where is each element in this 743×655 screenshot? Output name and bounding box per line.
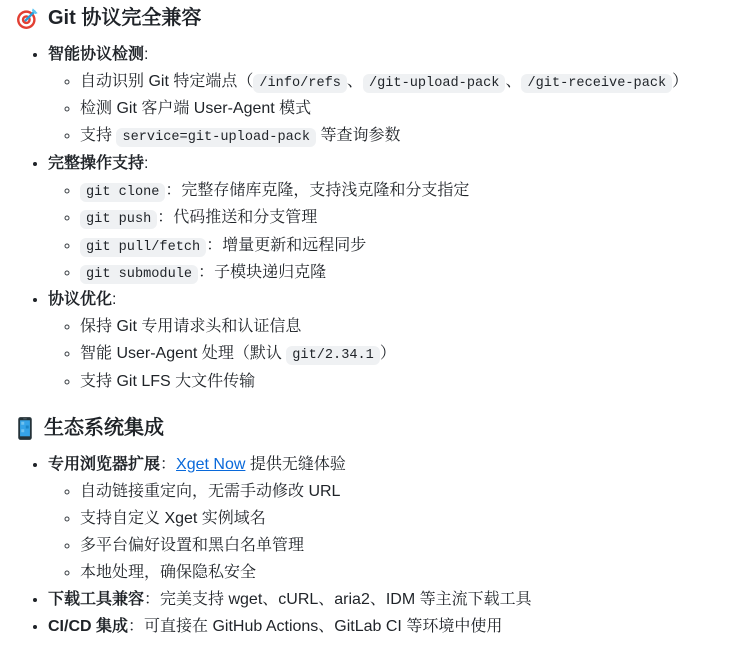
bullet-list: 智能协议检测:自动识别 Git 特定端点（/info/refs、/git-upl… [16, 43, 727, 394]
list-item: 智能协议检测:自动识别 Git 特定端点（/info/refs、/git-upl… [48, 43, 727, 149]
inline-code: git/2.34.1 [286, 346, 380, 365]
bullet-list: 专用浏览器扩展：Xget Now 提供无缝体验自动链接重定向，无需手动修改 UR… [16, 453, 727, 639]
target-icon [16, 8, 38, 30]
section-title-text: Git 协议完全兼容 [48, 6, 201, 31]
bold-label: 下载工具兼容 [48, 591, 144, 608]
section-title: Git 协议完全兼容 [16, 6, 727, 31]
list-item: 完整操作支持:git clone：完整存储库克隆，支持浅克隆和分支指定git p… [48, 152, 727, 286]
bold-label: 专用浏览器扩展 [48, 456, 160, 473]
list-item: git submodule：子模块递归克隆 [80, 261, 727, 285]
list-item: 自动识别 Git 特定端点（/info/refs、/git-upload-pac… [80, 70, 727, 94]
section-title: 生态系统集成 [16, 416, 727, 441]
list-item: 保持 Git 专用请求头和认证信息 [80, 315, 727, 339]
inline-code: git submodule [80, 265, 198, 284]
list-item: 自动链接重定向，无需手动修改 URL [80, 480, 727, 504]
list-item: git pull/fetch：增量更新和远程同步 [80, 234, 727, 258]
list-item: 本地处理，确保隐私安全 [80, 561, 727, 585]
bold-label: 协议优化 [48, 291, 112, 308]
section-git-protocol: Git 协议完全兼容智能协议检测:自动识别 Git 特定端点（/info/ref… [16, 6, 727, 394]
list-item: 支持 Git LFS 大文件传输 [80, 370, 727, 394]
document: Git 协议完全兼容智能协议检测:自动识别 Git 特定端点（/info/ref… [0, 0, 743, 639]
list-item: 下载工具兼容：完美支持 wget、cURL、aria2、IDM 等主流下载工具 [48, 588, 727, 612]
inline-code: git pull/fetch [80, 238, 206, 257]
bold-label: 智能协议检测 [48, 46, 144, 63]
list-item: 支持自定义 Xget 实例域名 [80, 507, 727, 531]
inline-code: /git-upload-pack [363, 74, 506, 93]
section-ecosystem: 生态系统集成专用浏览器扩展：Xget Now 提供无缝体验自动链接重定向，无需手… [16, 416, 727, 639]
inline-code: /git-receive-pack [521, 74, 672, 93]
list-item: 智能 User-Agent 处理（默认 git/2.34.1） [80, 342, 727, 366]
section-title-text: 生态系统集成 [44, 416, 164, 441]
sub-list: git clone：完整存储库克隆，支持浅克隆和分支指定git push：代码推… [48, 179, 727, 286]
inline-code: git push [80, 210, 157, 229]
xget-now-link[interactable]: Xget Now [176, 456, 245, 473]
list-item: git push：代码推送和分支管理 [80, 206, 727, 230]
list-item: git clone：完整存储库克隆，支持浅克隆和分支指定 [80, 179, 727, 203]
inline-code: service=git-upload-pack [116, 128, 316, 147]
list-item: 多平台偏好设置和黑白名单管理 [80, 534, 727, 558]
sub-list: 自动链接重定向，无需手动修改 URL支持自定义 Xget 实例域名多平台偏好设置… [48, 480, 727, 585]
list-item: 支持 service=git-upload-pack 等查询参数 [80, 124, 727, 148]
list-item: CI/CD 集成：可直接在 GitHub Actions、GitLab CI 等… [48, 615, 727, 639]
list-item: 协议优化:保持 Git 专用请求头和认证信息智能 User-Agent 处理（默… [48, 288, 727, 393]
sub-list: 保持 Git 专用请求头和认证信息智能 User-Agent 处理（默认 git… [48, 315, 727, 393]
sub-list: 自动识别 Git 特定端点（/info/refs、/git-upload-pac… [48, 70, 727, 149]
inline-code: git clone [80, 183, 165, 202]
bold-label: CI/CD 集成 [48, 618, 128, 635]
phone-icon [16, 416, 34, 441]
list-item: 专用浏览器扩展：Xget Now 提供无缝体验自动链接重定向，无需手动修改 UR… [48, 453, 727, 585]
list-item: 检测 Git 客户端 User-Agent 模式 [80, 97, 727, 121]
bold-label: 完整操作支持 [48, 155, 144, 172]
inline-code: /info/refs [253, 74, 347, 93]
